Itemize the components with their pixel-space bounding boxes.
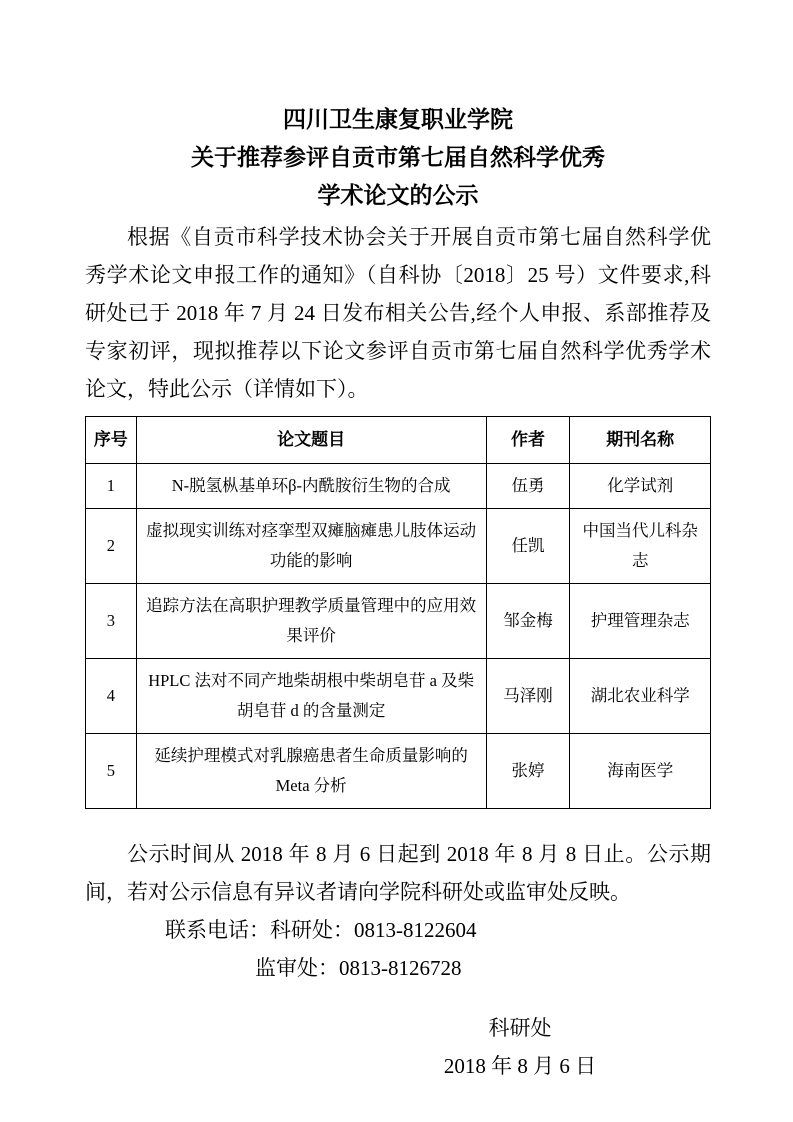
contact-block: 联系电话：科研处：0813-8122604 监审处：0813-8126728 bbox=[85, 911, 711, 987]
cell-journal-name: 化学试剂 bbox=[570, 464, 711, 509]
table-row: 2 虚拟现实训练对痉挛型双瘫脑瘫患儿肢体运动功能的影响 任凯 中国当代儿科杂志 bbox=[86, 509, 711, 584]
header-journal-name: 期刊名称 bbox=[570, 417, 711, 464]
cell-serial-number: 4 bbox=[86, 659, 137, 734]
cell-author: 伍勇 bbox=[486, 464, 570, 509]
cell-author: 任凯 bbox=[486, 509, 570, 584]
cell-journal-name: 中国当代儿科杂志 bbox=[570, 509, 711, 584]
header-paper-title: 论文题目 bbox=[136, 417, 486, 464]
cell-journal-name: 湖北农业科学 bbox=[570, 659, 711, 734]
signature-block: 科研处 2018 年 8 月 6 日 bbox=[435, 1009, 605, 1085]
papers-table: 序号 论文题目 作者 期刊名称 1 N-脱氢枞基单环β-内酰胺衍生物的合成 伍勇… bbox=[85, 416, 711, 809]
cell-serial-number: 2 bbox=[86, 509, 137, 584]
signature-date: 2018 年 8 月 6 日 bbox=[435, 1047, 605, 1085]
table-header-row: 序号 论文题目 作者 期刊名称 bbox=[86, 417, 711, 464]
cell-author: 邹金梅 bbox=[486, 584, 570, 659]
title-line-3: 学术论文的公示 bbox=[85, 176, 711, 214]
cell-paper-title: 虚拟现实训练对痉挛型双瘫脑瘫患儿肢体运动功能的影响 bbox=[136, 509, 486, 584]
contact-phone-research-office: 联系电话：科研处：0813-8122604 bbox=[85, 911, 711, 949]
cell-paper-title: 追踪方法在高职护理教学质量管理中的应用效果评价 bbox=[136, 584, 486, 659]
header-author: 作者 bbox=[486, 417, 570, 464]
document-page: 四川卫生康复职业学院 关于推荐参评自贡市第七届自然科学优秀 学术论文的公示 根据… bbox=[0, 0, 793, 1122]
cell-journal-name: 海南医学 bbox=[570, 734, 711, 809]
cell-serial-number: 5 bbox=[86, 734, 137, 809]
signature-department: 科研处 bbox=[435, 1009, 605, 1047]
cell-journal-name: 护理管理杂志 bbox=[570, 584, 711, 659]
title-line-1: 四川卫生康复职业学院 bbox=[85, 100, 711, 138]
document-title: 四川卫生康复职业学院 关于推荐参评自贡市第七届自然科学优秀 学术论文的公示 bbox=[85, 100, 711, 214]
cell-author: 张婷 bbox=[486, 734, 570, 809]
intro-paragraph: 根据《自贡市科学技术协会关于开展自贡市第七届自然科学优秀学术论文申报工作的通知》… bbox=[85, 218, 711, 408]
contact-phone-supervision-office: 监审处：0813-8126728 bbox=[85, 949, 711, 987]
title-line-2: 关于推荐参评自贡市第七届自然科学优秀 bbox=[85, 138, 711, 176]
cell-paper-title: N-脱氢枞基单环β-内酰胺衍生物的合成 bbox=[136, 464, 486, 509]
table-row: 4 HPLC 法对不同产地柴胡根中柴胡皂苷 a 及柴胡皂苷 d 的含量测定 马泽… bbox=[86, 659, 711, 734]
cell-paper-title: 延续护理模式对乳腺癌患者生命质量影响的 Meta 分析 bbox=[136, 734, 486, 809]
cell-serial-number: 1 bbox=[86, 464, 137, 509]
cell-paper-title: HPLC 法对不同产地柴胡根中柴胡皂苷 a 及柴胡皂苷 d 的含量测定 bbox=[136, 659, 486, 734]
header-serial-number: 序号 bbox=[86, 417, 137, 464]
table-row: 5 延续护理模式对乳腺癌患者生命质量影响的 Meta 分析 张婷 海南医学 bbox=[86, 734, 711, 809]
cell-serial-number: 3 bbox=[86, 584, 137, 659]
table-row: 3 追踪方法在高职护理教学质量管理中的应用效果评价 邹金梅 护理管理杂志 bbox=[86, 584, 711, 659]
closing-paragraph: 公示时间从 2018 年 8 月 6 日起到 2018 年 8 月 8 日止。公… bbox=[85, 835, 711, 911]
table-row: 1 N-脱氢枞基单环β-内酰胺衍生物的合成 伍勇 化学试剂 bbox=[86, 464, 711, 509]
cell-author: 马泽刚 bbox=[486, 659, 570, 734]
